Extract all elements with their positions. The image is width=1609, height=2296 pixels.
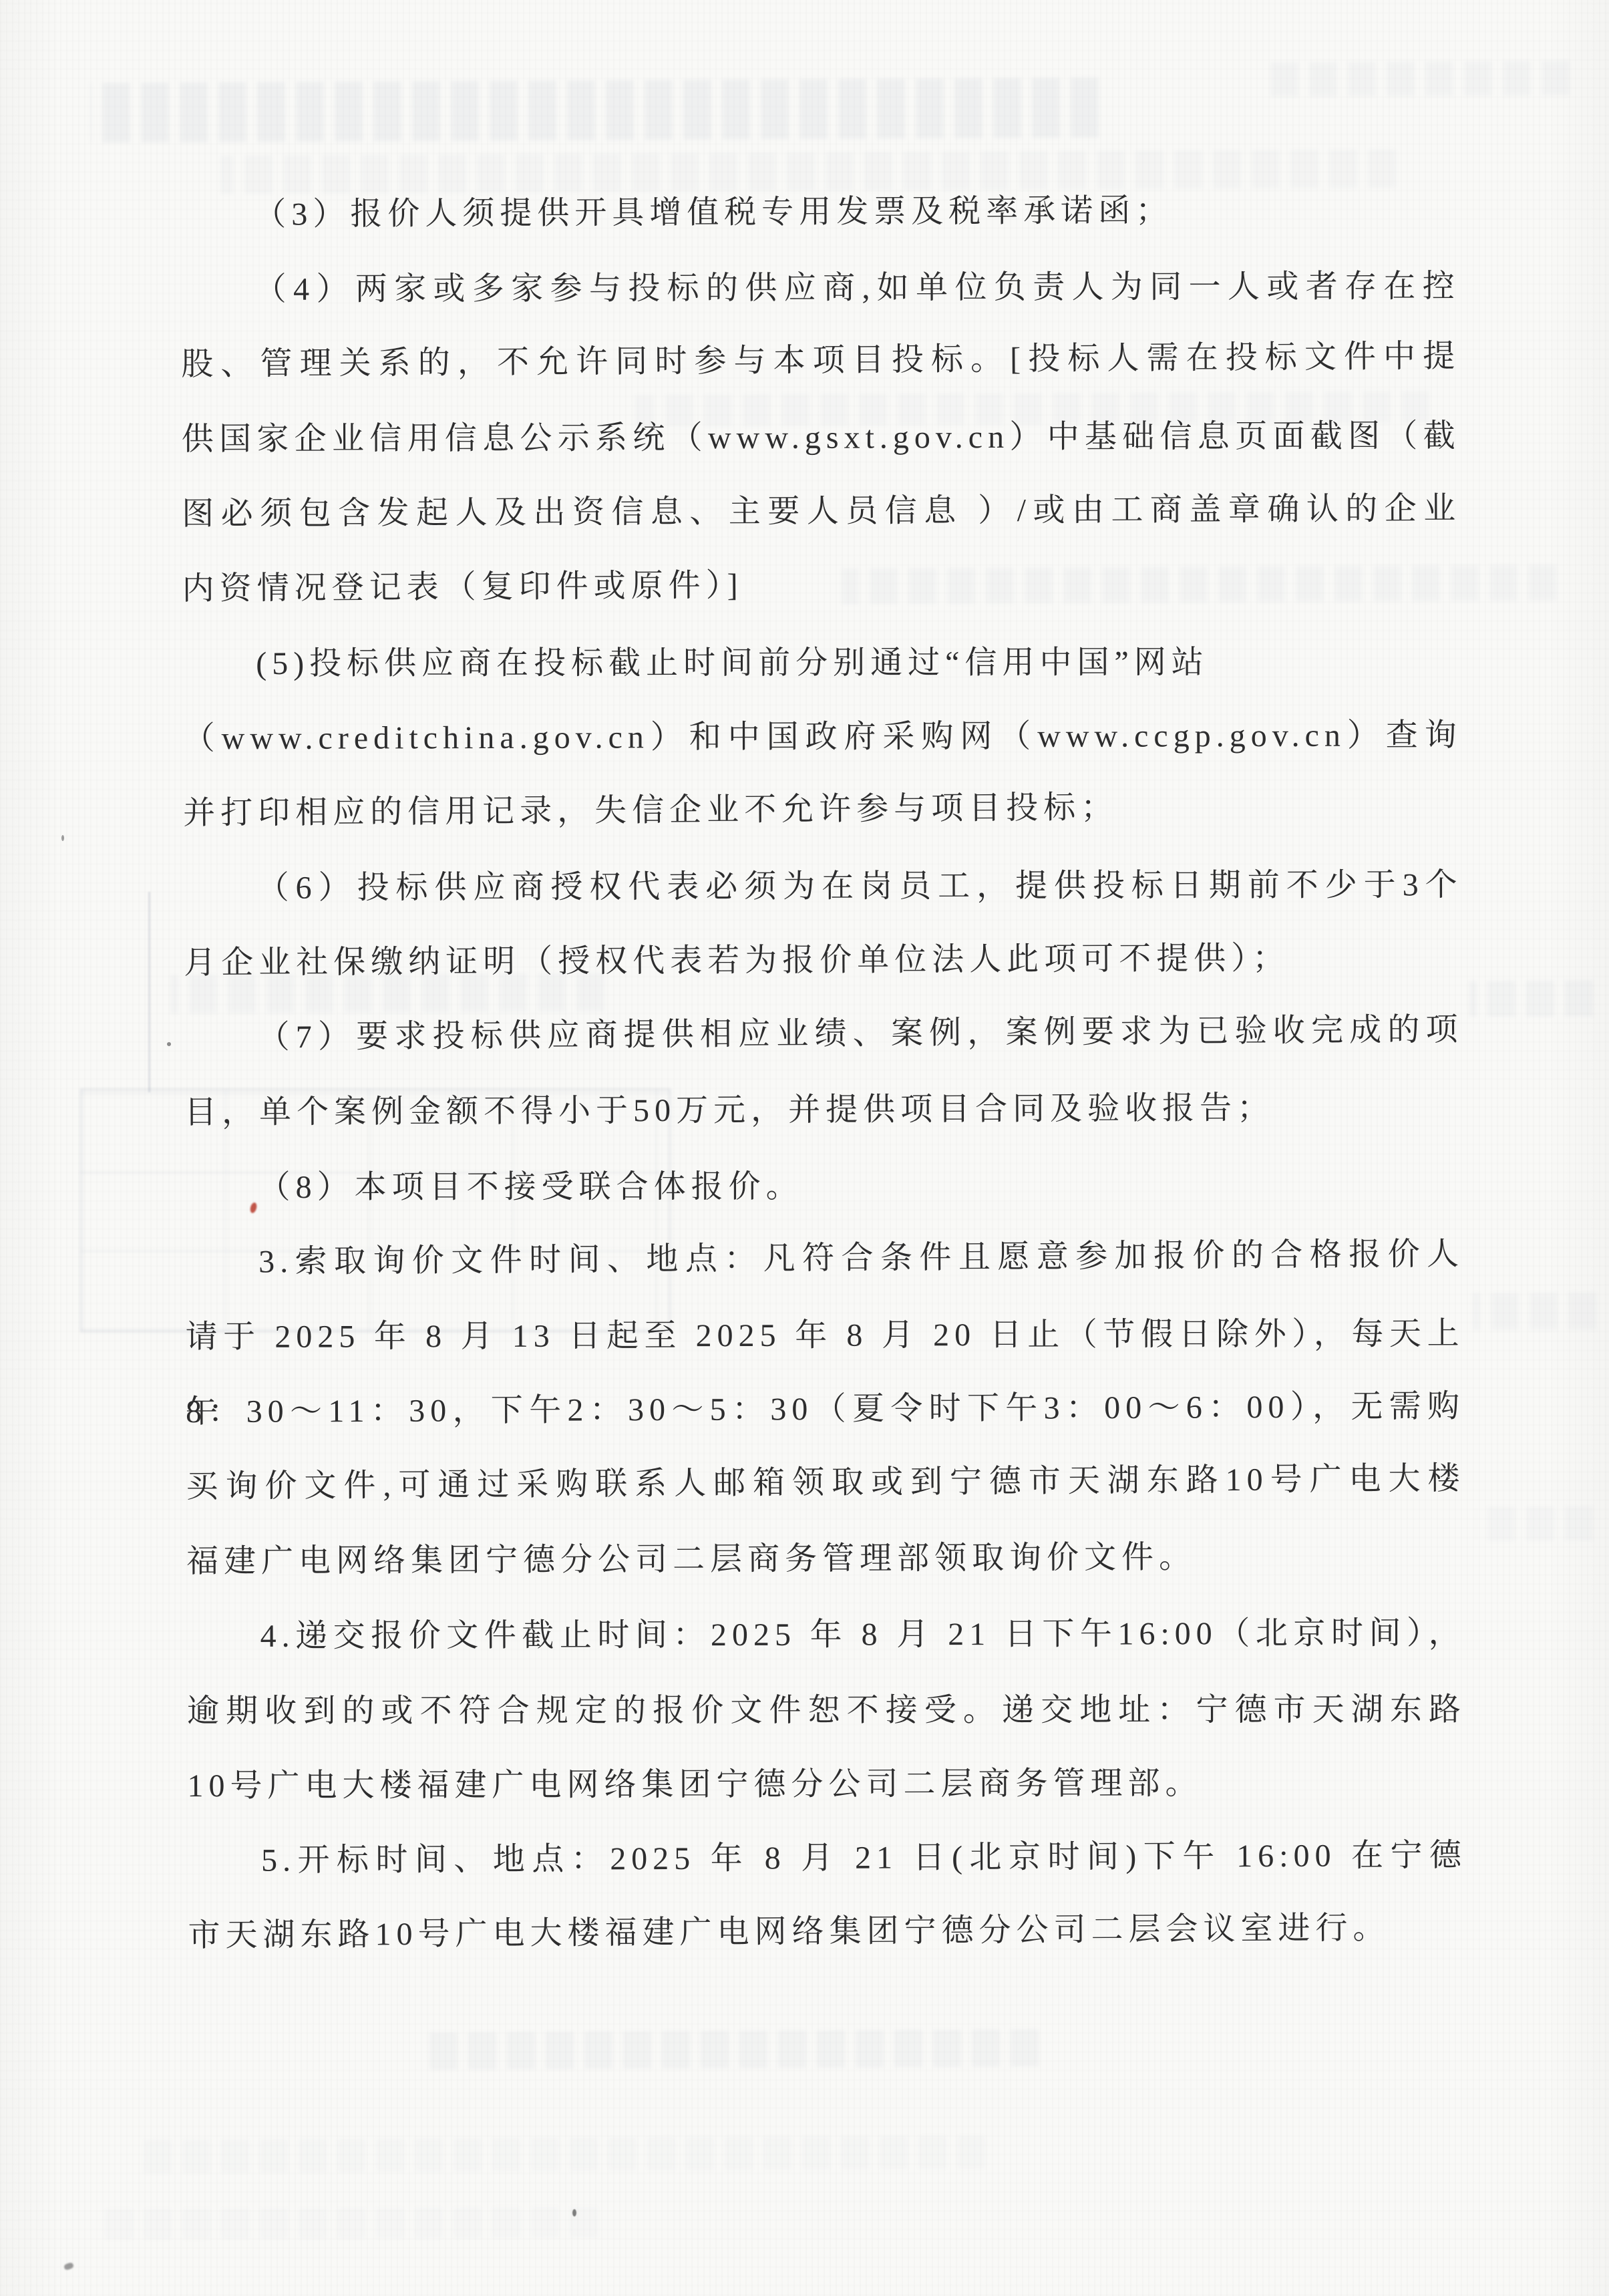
text-line: 月企业社保缴纳证明（授权代表若为报价单位法人此项可不提供）； (184, 921, 1463, 1001)
text-line: 并打印相应的信用记录，失信企业不允许参与项目投标； (183, 768, 1463, 851)
ink-speck (572, 2209, 576, 2217)
bleedthrough-ghost (134, 2136, 985, 2174)
bleedthrough-ghost (1469, 981, 1593, 1017)
text-line: 目，单个案例金额不得小于50万元，并提供项目合同及验收报告； (184, 1070, 1463, 1150)
text-line: 10号广电大楼福建广电网络集团宁德分公司二层商务管理部。 (187, 1746, 1466, 1824)
text-line: 请于 2025 年 8 月 13 日起至 2025 年 8 月 20 日止（节假… (185, 1297, 1464, 1375)
text-line: 图必须包含发起人及出资信息、主要人员信息 ）/或由工商盖章确认的企业 (182, 472, 1461, 552)
text-line: 福建广电网络集团宁德分公司二层商务管理部领取询价文件。 (186, 1519, 1465, 1599)
text-line: （3）报价人须提供开具增值税专用发票及税率承诺函； (180, 172, 1459, 253)
text-line: 买询价文件,可通过采购联系人邮箱领取或到宁德市天湖东路10号广电大楼 (186, 1442, 1465, 1524)
text-line: 4.递交报价文件截止时间：2025 年 8 月 21 日下午16:00（北京时间… (186, 1596, 1465, 1674)
bleedthrough-ghost (100, 2206, 598, 2240)
text-line: （8）本项目不接受联合体报价。 (185, 1149, 1464, 1225)
scanned-page: （3）报价人须提供开具增值税专用发票及税率承诺函；（4）两家或多家参与投标的供应… (0, 0, 1609, 2296)
text-line: 5.开标时间、地点：2025 年 8 月 21 日(北京时间)下午 16:00 … (188, 1818, 1467, 1899)
bleedthrough-ghost (1262, 61, 1570, 97)
bleedthrough-ghost (427, 2029, 1039, 2070)
text-line: （www.creditchina.gov.cn）和中国政府采购网（www.ccg… (183, 698, 1462, 776)
bleedthrough-ghost (90, 77, 1099, 143)
text-line: 市天湖东路10号广电大楼福建广电网络集团宁德分公司二层会议室进行。 (188, 1891, 1467, 1973)
text-line: (5)投标供应商在投标截止时间前分别通过“信用中国”网站 (182, 625, 1461, 701)
ink-speck (63, 2262, 74, 2271)
text-line: 8：30～11：30，下午2：30～5：30（夏令时下午3：00～6：00），无… (186, 1369, 1465, 1450)
document-text-block: （3）报价人须提供开具增值税专用发票及税率承诺函；（4）两家或多家参与投标的供应… (180, 172, 1467, 1973)
text-line: 逾期收到的或不符合规定的报价文件恕不接受。递交地址：宁德市天湖东路 (187, 1673, 1466, 1749)
text-line: 3.索取询价文件时间、地点：凡符合条件且愿意参加报价的合格报价人 (185, 1217, 1465, 1300)
text-line: （6）投标供应商授权代表必须为在岗员工，提供投标日期前不少于3个 (184, 848, 1463, 926)
text-line: （7）要求投标供应商提供相应业绩、案例，案例要求为已验收完成的项 (184, 993, 1463, 1076)
text-line: 内资情况登记表（复印件或原件）] (182, 544, 1461, 627)
bleedthrough-ghost (1473, 1293, 1596, 1331)
bleedthrough-line-ghost (148, 892, 150, 1092)
ink-speck (167, 1042, 171, 1046)
ink-speck (61, 835, 64, 841)
text-line: 股、管理关系的，不允许同时参与本项目投标。[投标人需在投标文件中提 (181, 319, 1461, 402)
text-line: 供国家企业信用信息公示系统（www.gsxt.gov.cn）中基础信息页面截图（… (182, 399, 1461, 477)
text-line: （4）两家或多家参与投标的供应商,如单位负责人为同一人或者存在控 (181, 249, 1460, 327)
bleedthrough-ghost (1476, 1506, 1593, 1542)
